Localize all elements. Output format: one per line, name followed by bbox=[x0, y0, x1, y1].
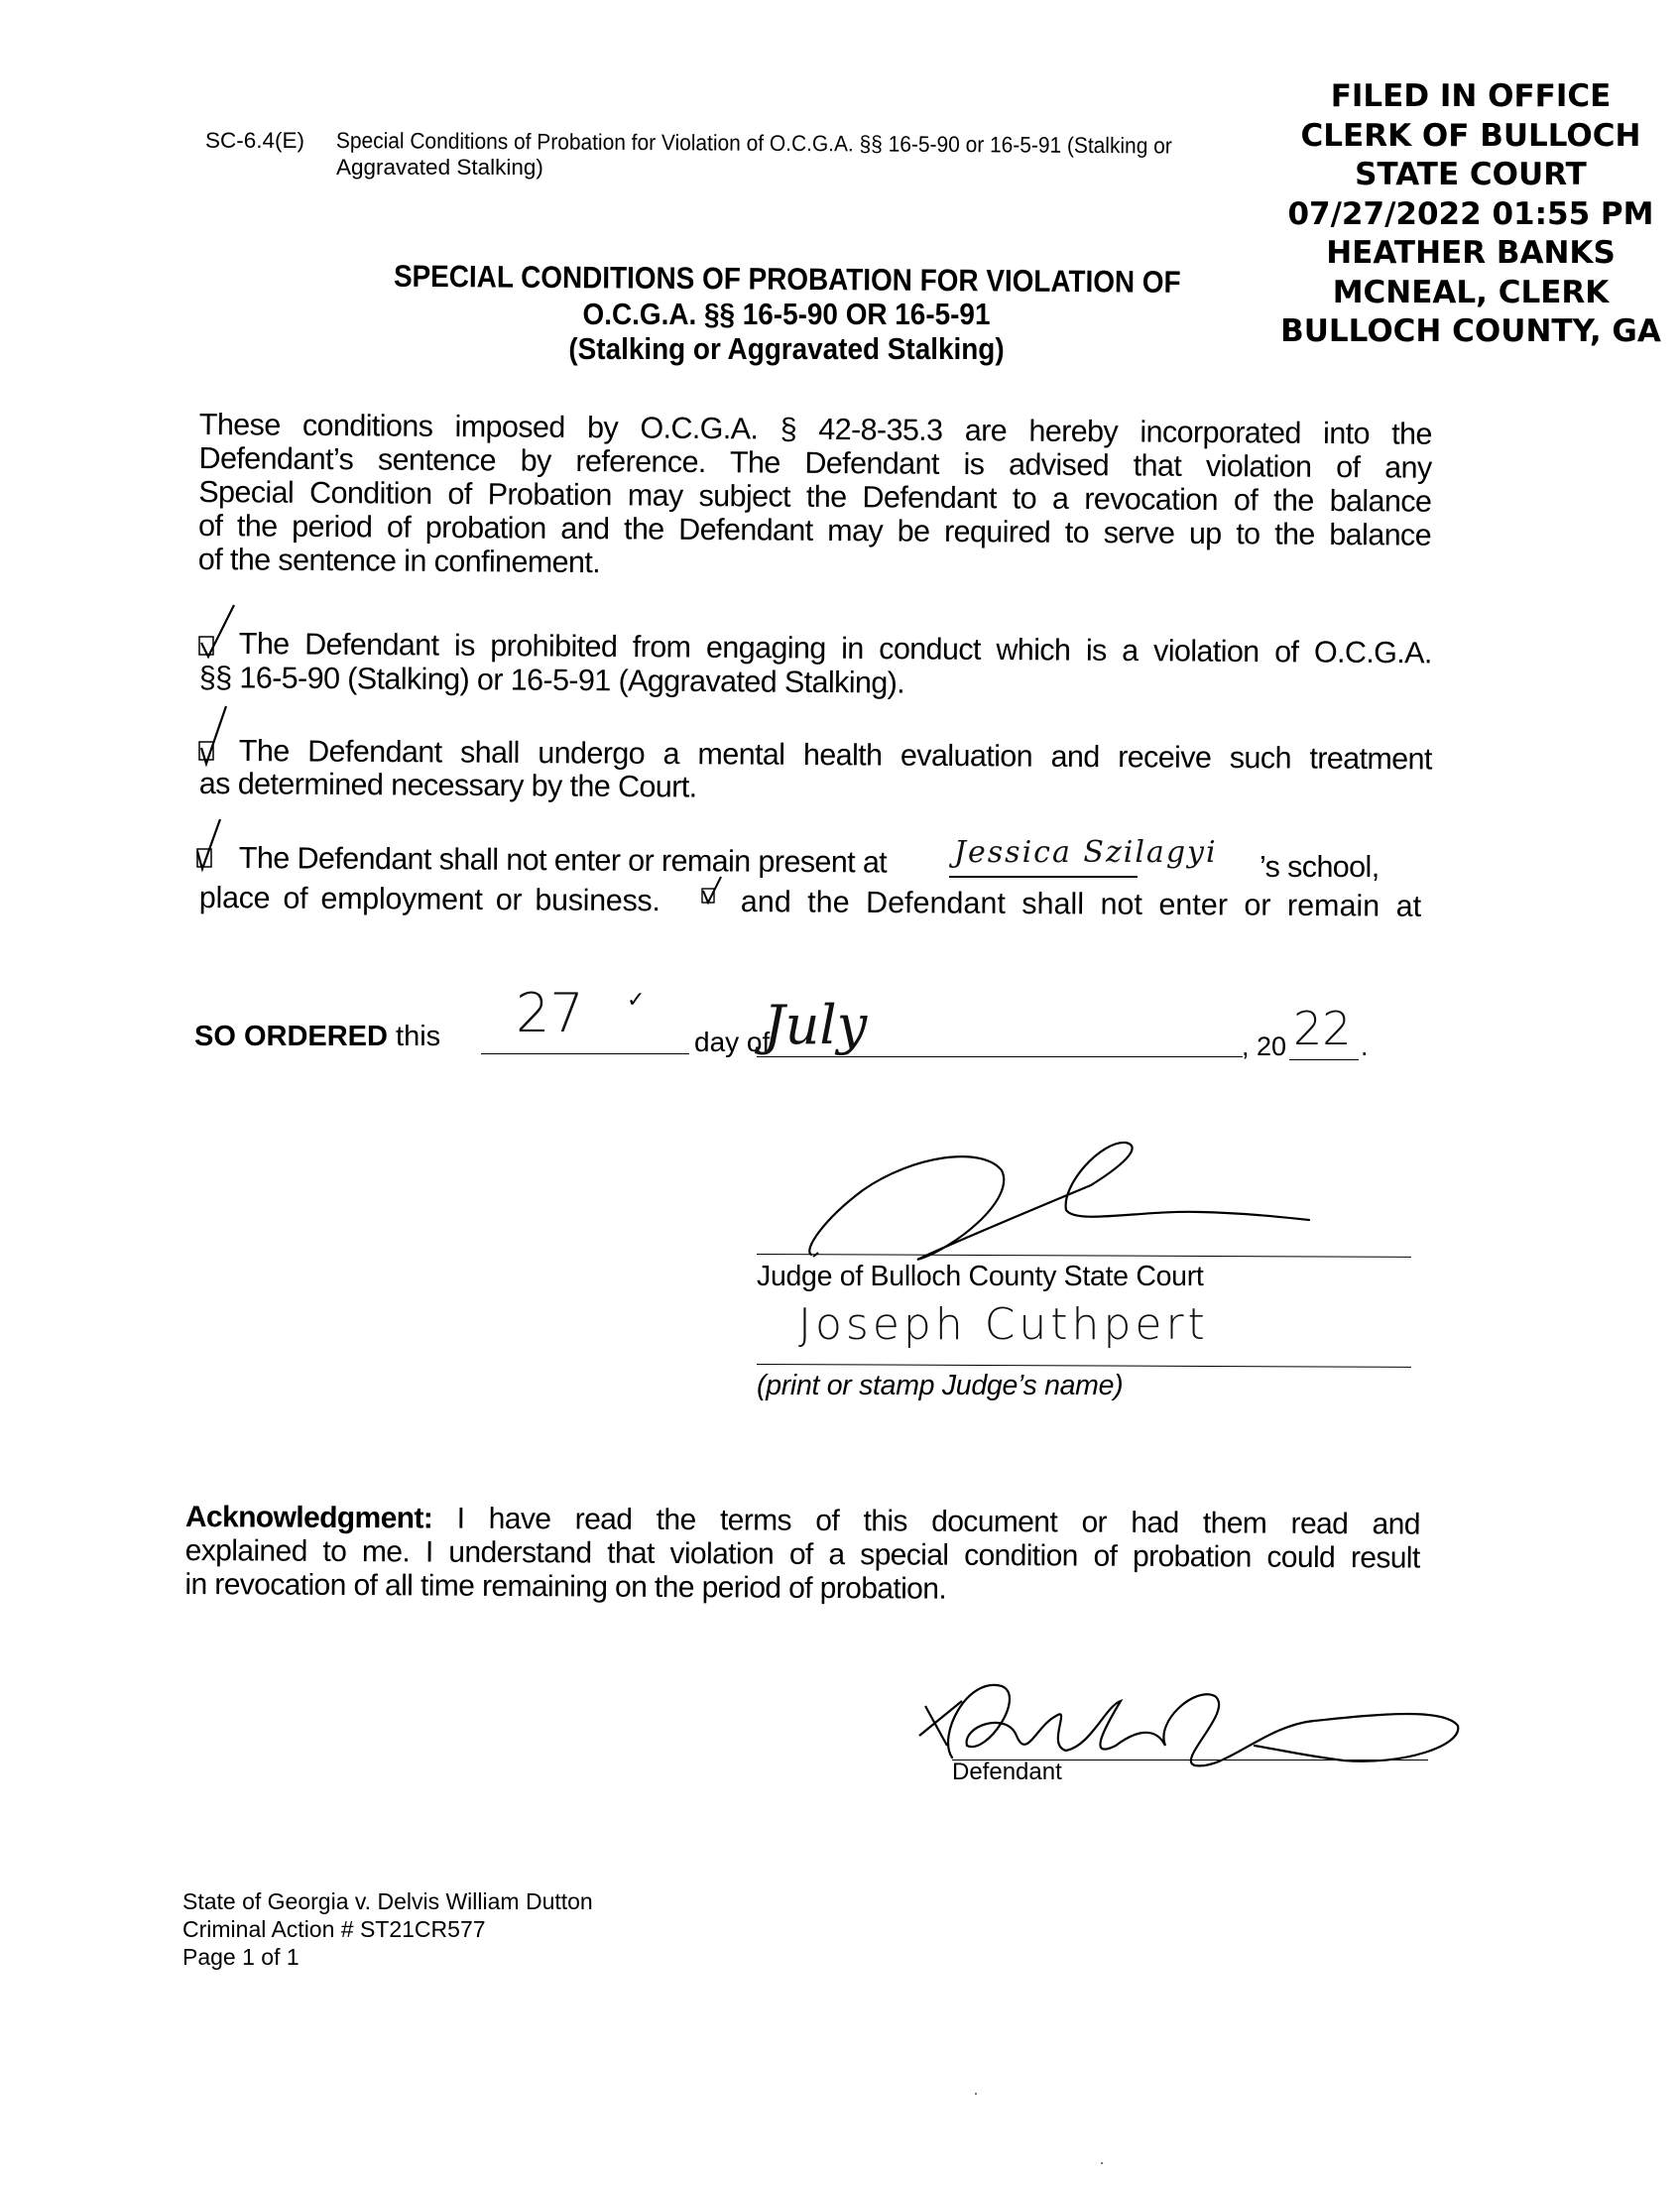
order-day-blank bbox=[481, 1053, 689, 1054]
case-caption: State of Georgia v. Delvis William Dutto… bbox=[182, 1887, 593, 1915]
condition-3-text-after: ’s school, bbox=[1260, 850, 1380, 885]
title-line1: SPECIAL CONDITIONS OF PROBATION FOR VIOL… bbox=[385, 259, 1242, 301]
checkmark-icon bbox=[194, 819, 244, 879]
footer: State of Georgia v. Delvis William Dutto… bbox=[182, 1887, 593, 1971]
condition-3-sub-checkbox[interactable] bbox=[701, 869, 741, 909]
order-line: SO ORDERED this bbox=[194, 1021, 440, 1053]
order-year-prefix: , 20 bbox=[1242, 1032, 1286, 1062]
victim-name-field[interactable]: Jessica Szilagyi bbox=[954, 835, 1218, 870]
condition-3-line2: place of employment or business. bbox=[199, 881, 660, 918]
stamp-line: HEATHER BANKS bbox=[1277, 234, 1664, 274]
acknowledgment-text: I have read the terms of this document o… bbox=[457, 1503, 1420, 1541]
page-number: Page 1 of 1 bbox=[182, 1943, 593, 1971]
order-month-blank bbox=[757, 1056, 1243, 1057]
acknowledgment-label: Acknowledgment: bbox=[185, 1501, 433, 1535]
order-year-field[interactable]: 22 bbox=[1293, 1002, 1352, 1055]
stamp-date: 07/27/2022 01:55 PM bbox=[1277, 195, 1664, 235]
defendant-signature-label: Defendant bbox=[952, 1759, 1062, 1786]
criminal-action-number: Criminal Action # ST21CR577 bbox=[182, 1915, 593, 1943]
condition-2-cont: as determined necessary by the Court. bbox=[199, 767, 1432, 809]
order-day-of: day of bbox=[694, 1027, 770, 1058]
victim-name-blank bbox=[949, 876, 1138, 878]
intro-paragraph: These conditions imposed by O.C.G.A. § 4… bbox=[198, 408, 1432, 586]
order-day-field[interactable]: 27 bbox=[516, 982, 584, 1044]
stamp-line: CLERK OF BULLOCH bbox=[1277, 117, 1664, 157]
order-year-blank bbox=[1289, 1059, 1359, 1060]
condition-3-checkbox[interactable] bbox=[194, 819, 244, 879]
condition-3-line2-after: and the Defendant shall not enter or rem… bbox=[741, 885, 1421, 924]
acknowledgment: Acknowledgment: I have read the terms of… bbox=[184, 1501, 1420, 1610]
order-prefix: this bbox=[396, 1021, 440, 1052]
stamp-line: MCNEAL, CLERK bbox=[1277, 274, 1664, 313]
form-header-title-line2: Aggravated Stalking) bbox=[336, 154, 543, 181]
condition-2-line2: as determined necessary by the Court. bbox=[199, 767, 1432, 809]
order-day-mark: ✓ bbox=[627, 988, 645, 1013]
stamp-line: FILED IN OFFICE bbox=[1277, 77, 1664, 117]
document-title: SPECIAL CONDITIONS OF PROBATION FOR VIOL… bbox=[385, 262, 1242, 366]
stamp-line: STATE COURT bbox=[1277, 156, 1664, 195]
scan-speck bbox=[975, 2093, 977, 2095]
checkmark-icon bbox=[701, 869, 741, 909]
judge-signature-label: Judge of Bulloch County State Court bbox=[757, 1261, 1204, 1293]
form-id: SC-6.4(E) bbox=[205, 127, 304, 154]
stamp-line: BULLOCH COUNTY, GA bbox=[1277, 312, 1664, 352]
order-end: . bbox=[1361, 1032, 1369, 1062]
order-month-field[interactable]: July bbox=[764, 994, 867, 1056]
judge-name-label: (print or stamp Judge’s name) bbox=[757, 1370, 1123, 1402]
title-line3: (Stalking or Aggravated Stalking) bbox=[331, 331, 1242, 366]
condition-3-line2-before: place of employment or business. bbox=[199, 881, 660, 917]
judge-printed-name: Joseph Cuthpert bbox=[798, 1299, 1209, 1350]
document-page: SC-6.4(E) Special Conditions of Probatio… bbox=[0, 0, 1680, 2185]
order-prefix-bold: SO ORDERED bbox=[194, 1021, 388, 1052]
judge-signature bbox=[734, 1101, 1428, 1279]
title-line2: O.C.G.A. §§ 16-5-90 OR 16-5-91 bbox=[331, 297, 1242, 331]
condition-3-line1: The Defendant shall not enter or remain … bbox=[239, 841, 887, 881]
scan-speck bbox=[1101, 2162, 1103, 2164]
condition-3-text-before: The Defendant shall not enter or remain … bbox=[239, 841, 887, 880]
filing-stamp: FILED IN OFFICE CLERK OF BULLOCH STATE C… bbox=[1277, 77, 1664, 352]
judge-name-line bbox=[757, 1364, 1411, 1368]
